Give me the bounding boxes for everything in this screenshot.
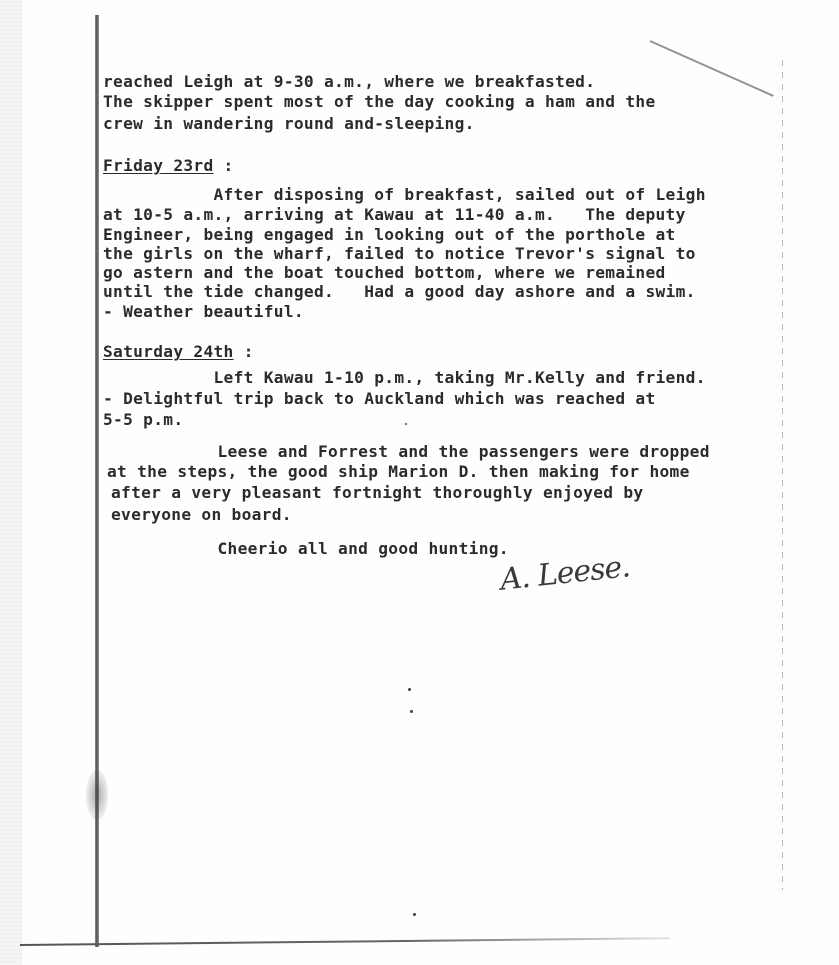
page-bottom-edge bbox=[20, 937, 670, 946]
text-line: go astern and the boat touched bottom, w… bbox=[103, 263, 666, 283]
text-line: everyone on board. bbox=[111, 505, 292, 525]
scan-speck bbox=[405, 423, 407, 425]
sign-off: Cheerio all and good hunting. bbox=[107, 539, 509, 559]
heading-suffix: : bbox=[234, 342, 254, 361]
handwritten-signature: A. Leese. bbox=[499, 549, 632, 597]
text-line: at 10-5 a.m., arriving at Kawau at 11-40… bbox=[103, 205, 686, 225]
text-line: the girls on the wharf, failed to notice… bbox=[103, 244, 696, 264]
text-line: After disposing of breakfast, sailed out… bbox=[103, 185, 706, 205]
text-line: at the steps, the good ship Marion D. th… bbox=[107, 462, 690, 482]
ink-smudge bbox=[86, 770, 108, 820]
text-line: after a very pleasant fortnight thorough… bbox=[111, 483, 643, 503]
text-line: Left Kawau 1-10 p.m., taking Mr.Kelly an… bbox=[103, 368, 706, 388]
text-line: until the tide changed. Had a good day a… bbox=[103, 282, 696, 302]
text-line: - Delightful trip back to Auckland which… bbox=[103, 389, 656, 409]
text-line: 5-5 p.m. bbox=[103, 410, 183, 430]
text-line: - Weather beautiful. bbox=[103, 302, 304, 322]
page-right-edge bbox=[782, 60, 783, 890]
heading-suffix: : bbox=[214, 156, 234, 175]
section-heading-friday: Friday 23rd : bbox=[103, 156, 234, 176]
heading-text: Saturday 24th bbox=[103, 342, 234, 361]
scan-speck bbox=[408, 688, 411, 691]
corner-fold-mark bbox=[650, 40, 774, 97]
text-line: The skipper spent most of the day cookin… bbox=[103, 92, 656, 112]
scan-speck bbox=[410, 710, 413, 713]
text-line: crew in wandering round and-sleeping. bbox=[103, 114, 475, 134]
section-heading-saturday: Saturday 24th : bbox=[103, 342, 254, 362]
scan-speck bbox=[413, 913, 416, 916]
text-line: Engineer, being engaged in looking out o… bbox=[103, 225, 676, 245]
scan-edge-shadow bbox=[0, 0, 22, 965]
heading-text: Friday 23rd bbox=[103, 156, 214, 175]
scanned-letter-page: reached Leigh at 9-30 a.m., where we bre… bbox=[0, 0, 839, 965]
text-line: reached Leigh at 9-30 a.m., where we bre… bbox=[103, 72, 595, 92]
text-line: Leese and Forrest and the passengers wer… bbox=[107, 442, 710, 462]
